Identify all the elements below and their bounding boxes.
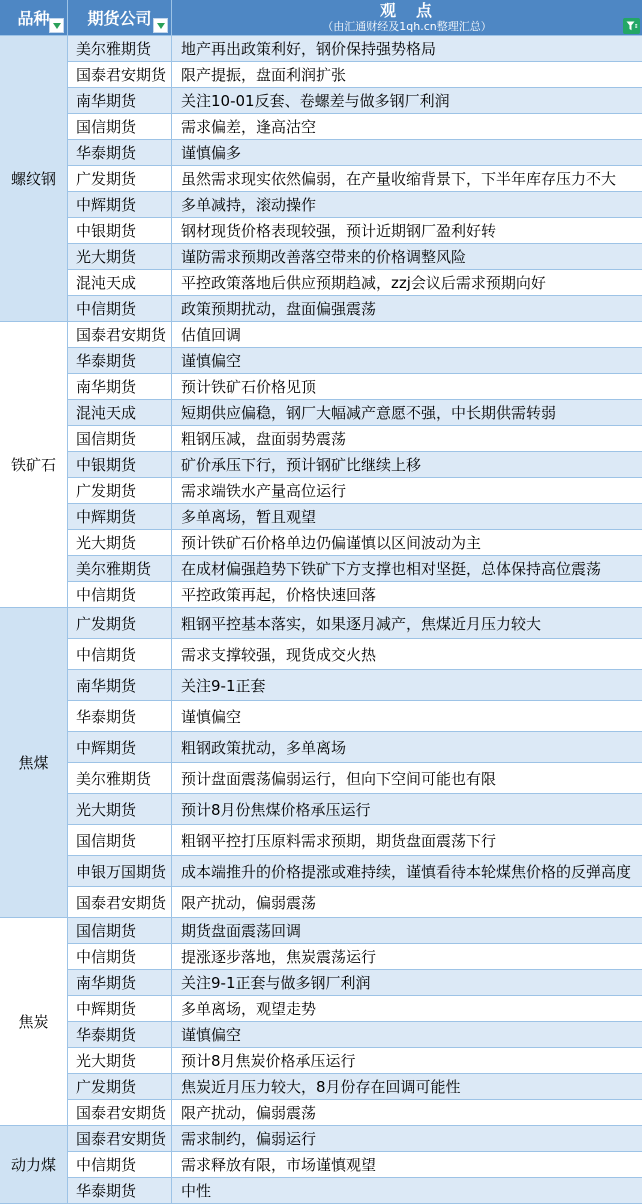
viewpoint-cell[interactable]: 预计铁矿石价格见顶: [172, 374, 642, 399]
company-cell[interactable]: 国信期货: [68, 825, 172, 855]
viewpoint-cell[interactable]: 虽然需求现实依然偏弱，在产量收缩背景下，下半年库存压力不大: [172, 166, 642, 191]
viewpoint-cell[interactable]: 预计盘面震荡偏弱运行，但向下空间可能也有限: [172, 763, 642, 793]
company-cell[interactable]: 国泰君安期货: [68, 62, 172, 87]
company-name: 中信期货: [76, 1154, 136, 1175]
spreadsheet: 品种 期货公司 观 点 （由汇通财经及1qh.cn整理汇总） 螺纹钢美尔雅期货地…: [0, 0, 642, 1204]
filter-funnel-icon[interactable]: [623, 18, 640, 34]
company-name: 国泰君安期货: [76, 1128, 166, 1149]
company-cell[interactable]: 国泰君安期货: [68, 1126, 172, 1151]
viewpoint-cell[interactable]: 需求释放有限，市场谨慎观望: [172, 1152, 642, 1177]
viewpoint-header-subtitle: （由汇通财经及1qh.cn整理汇总）: [322, 21, 491, 33]
company-name: 南华期货: [76, 675, 136, 696]
company-cell[interactable]: 国信期货: [68, 114, 172, 139]
chevron-down-icon: [157, 23, 165, 29]
company-cell[interactable]: 广发期货: [68, 1074, 172, 1099]
variety-header-label: 品种: [17, 6, 49, 29]
company-name: 南华期货: [76, 90, 136, 111]
company-name: 光大期货: [76, 799, 136, 820]
table-row: 国信期货期货盘面震荡回调: [68, 918, 642, 944]
company-name: 华泰期货: [76, 142, 136, 163]
table-row: 国泰君安期货限产扰动，偏弱震荡: [68, 887, 642, 918]
commodity-group: 焦炭国信期货期货盘面震荡回调中信期货提涨逐步落地，焦炭震荡运行南华期货关注9-1…: [0, 918, 642, 1126]
company-name: 国泰君安期货: [76, 1102, 166, 1123]
company-cell[interactable]: 南华期货: [68, 970, 172, 995]
viewpoint-text: 多单离场，观望走势: [181, 998, 316, 1019]
company-name: 中银期货: [76, 454, 136, 475]
table-row: 中银期货矿价承压下行，预计钢矿比继续上移: [68, 452, 642, 478]
company-name: 申银万国期货: [76, 861, 166, 882]
table-row: 光大期货预计8月份焦煤价格承压运行: [68, 794, 642, 825]
company-name: 美尔雅期货: [76, 38, 151, 59]
table-row: 国信期货粗钢平控打压原料需求预期，期货盘面震荡下行: [68, 825, 642, 856]
company-name: 国泰君安期货: [76, 892, 166, 913]
group-rows: 广发期货粗钢平控基本落实，如果逐月减产，焦煤近月压力较大中信期货需求支撑较强，现…: [68, 608, 642, 918]
viewpoint-text: 钢材现货价格表现较强，预计近期钢厂盈利好转: [181, 220, 496, 241]
viewpoint-text: 多单离场，暂且观望: [181, 506, 316, 527]
viewpoint-text: 预计8月份焦煤价格承压运行: [181, 799, 371, 820]
viewpoint-cell[interactable]: 成本端推升的价格提涨或难持续，谨慎看待本轮煤焦价格的反弹高度: [172, 856, 642, 886]
viewpoint-cell[interactable]: 粗钢平控基本落实，如果逐月减产，焦煤近月压力较大: [172, 608, 642, 638]
company-cell[interactable]: 华泰期货: [68, 140, 172, 165]
viewpoint-cell[interactable]: 谨慎偏空: [172, 348, 642, 373]
viewpoint-text: 期货盘面震荡回调: [181, 920, 301, 941]
variety-cell[interactable]: 动力煤: [0, 1126, 68, 1204]
group-rows: 国信期货期货盘面震荡回调中信期货提涨逐步落地，焦炭震荡运行南华期货关注9-1正套…: [68, 918, 642, 1126]
variety-cell[interactable]: 焦炭: [0, 918, 68, 1126]
viewpoint-cell[interactable]: 谨防需求预期改善落空带来的价格调整风险: [172, 244, 642, 269]
company-name: 南华期货: [76, 376, 136, 397]
viewpoint-text: 提涨逐步落地，焦炭震荡运行: [181, 946, 376, 967]
viewpoint-cell[interactable]: 预计8月份焦煤价格承压运行: [172, 794, 642, 824]
company-cell[interactable]: 光大期货: [68, 244, 172, 269]
company-name: 国信期货: [76, 830, 136, 851]
company-name: 混沌天成: [76, 402, 136, 423]
table-row: 中信期货提涨逐步落地，焦炭震荡运行: [68, 944, 642, 970]
table-row: 中信期货平控政策再起，价格快速回落: [68, 582, 642, 608]
table-row: 混沌天成平控政策落地后供应预期趋减，zzj会议后需求预期向好: [68, 270, 642, 296]
viewpoint-cell[interactable]: 地产再出政策利好，钢价保持强势格局: [172, 36, 642, 61]
group-rows: 美尔雅期货地产再出政策利好，钢价保持强势格局国泰君安期货限产提振，盘面利润扩张南…: [68, 36, 642, 322]
viewpoint-text: 粗钢平控打压原料需求预期，期货盘面震荡下行: [181, 830, 496, 851]
company-cell[interactable]: 广发期货: [68, 478, 172, 503]
company-name: 国信期货: [76, 116, 136, 137]
company-cell[interactable]: 广发期货: [68, 166, 172, 191]
company-name: 国泰君安期货: [76, 64, 166, 85]
company-filter-dropdown-button[interactable]: [153, 18, 168, 33]
table-row: 美尔雅期货地产再出政策利好，钢价保持强势格局: [68, 36, 642, 62]
viewpoint-text: 平控政策再起，价格快速回落: [181, 584, 376, 605]
viewpoint-text: 成本端推升的价格提涨或难持续，谨慎看待本轮煤焦价格的反弹高度: [181, 861, 631, 882]
viewpoint-header-title: 观 点: [380, 3, 434, 20]
table-body: 螺纹钢美尔雅期货地产再出政策利好，钢价保持强势格局国泰君安期货限产提振，盘面利润…: [0, 36, 642, 1204]
viewpoint-text: 需求偏差，逢高沽空: [181, 116, 316, 137]
company-name: 华泰期货: [76, 706, 136, 727]
company-cell[interactable]: 美尔雅期货: [68, 763, 172, 793]
viewpoint-text: 中性: [181, 1180, 211, 1201]
variety-cell[interactable]: 焦煤: [0, 608, 68, 918]
company-name: 美尔雅期货: [76, 768, 151, 789]
company-cell[interactable]: 广发期货: [68, 608, 172, 638]
viewpoint-cell[interactable]: 估值回调: [172, 322, 642, 347]
table-row: 中信期货政策预期扰动，盘面偏强震荡: [68, 296, 642, 322]
table-row: 国泰君安期货估值回调: [68, 322, 642, 348]
viewpoint-text: 关注10-01反套、卷螺差与做多钢厂利润: [181, 90, 450, 111]
variety-cell[interactable]: 螺纹钢: [0, 36, 68, 322]
company-cell[interactable]: 中辉期货: [68, 504, 172, 529]
company-name: 中辉期货: [76, 737, 136, 758]
table-row: 华泰期货谨慎偏空: [68, 348, 642, 374]
table-row: 华泰期货谨慎偏多: [68, 140, 642, 166]
company-cell[interactable]: 美尔雅期货: [68, 556, 172, 581]
viewpoint-text: 谨防需求预期改善落空带来的价格调整风险: [181, 246, 466, 267]
viewpoint-cell[interactable]: 提涨逐步落地，焦炭震荡运行: [172, 944, 642, 969]
company-cell[interactable]: 中信期货: [68, 296, 172, 321]
viewpoint-cell[interactable]: 谨慎偏空: [172, 701, 642, 731]
table-header: 品种 期货公司 观 点 （由汇通财经及1qh.cn整理汇总）: [0, 0, 642, 36]
viewpoint-text: 预计盘面震荡偏弱运行，但向下空间可能也有限: [181, 768, 496, 789]
viewpoint-text: 限产提振，盘面利润扩张: [181, 64, 346, 85]
table-row: 广发期货粗钢平控基本落实，如果逐月减产，焦煤近月压力较大: [68, 608, 642, 639]
variety-label: 焦煤: [18, 752, 48, 773]
variety-label: 螺纹钢: [11, 168, 56, 189]
company-name: 中辉期货: [76, 194, 136, 215]
table-row: 美尔雅期货预计盘面震荡偏弱运行，但向下空间可能也有限: [68, 763, 642, 794]
header-cell-viewpoint[interactable]: 观 点 （由汇通财经及1qh.cn整理汇总）: [172, 0, 642, 35]
company-name: 国泰君安期货: [76, 324, 166, 345]
variety-cell[interactable]: 铁矿石: [0, 322, 68, 608]
viewpoint-text: 限产扰动，偏弱震荡: [181, 892, 316, 913]
viewpoint-cell[interactable]: 关注9-1正套: [172, 670, 642, 700]
company-name: 中信期货: [76, 584, 136, 605]
viewpoint-text: 预计铁矿石价格见顶: [181, 376, 316, 397]
viewpoint-cell[interactable]: 粗钢压减，盘面弱势震荡: [172, 426, 642, 451]
viewpoint-text: 需求释放有限，市场谨慎观望: [181, 1154, 376, 1175]
table-row: 南华期货关注10-01反套、卷螺差与做多钢厂利润: [68, 88, 642, 114]
table-row: 光大期货谨防需求预期改善落空带来的价格调整风险: [68, 244, 642, 270]
company-name: 中信期货: [76, 298, 136, 319]
company-cell[interactable]: 中信期货: [68, 639, 172, 669]
commodity-group: 螺纹钢美尔雅期货地产再出政策利好，钢价保持强势格局国泰君安期货限产提振，盘面利润…: [0, 36, 642, 322]
table-row: 南华期货预计铁矿石价格见顶: [68, 374, 642, 400]
viewpoint-cell[interactable]: 关注10-01反套、卷螺差与做多钢厂利润: [172, 88, 642, 113]
company-name: 南华期货: [76, 972, 136, 993]
viewpoint-cell[interactable]: 多单离场，暂且观望: [172, 504, 642, 529]
viewpoint-text: 需求制约，偏弱运行: [181, 1128, 316, 1149]
viewpoint-cell[interactable]: 矿价承压下行，预计钢矿比继续上移: [172, 452, 642, 477]
table-row: 华泰期货中性: [68, 1178, 642, 1204]
commodity-group: 铁矿石国泰君安期货估值回调华泰期货谨慎偏空南华期货预计铁矿石价格见顶混沌天成短期…: [0, 322, 642, 608]
viewpoint-cell[interactable]: 期货盘面震荡回调: [172, 918, 642, 943]
viewpoint-cell[interactable]: 粗钢平控打压原料需求预期，期货盘面震荡下行: [172, 825, 642, 855]
viewpoint-cell[interactable]: 限产扰动，偏弱震荡: [172, 1100, 642, 1125]
company-cell[interactable]: 国泰君安期货: [68, 322, 172, 347]
company-name: 中辉期货: [76, 998, 136, 1019]
viewpoint-text: 矿价承压下行，预计钢矿比继续上移: [181, 454, 421, 475]
viewpoint-cell[interactable]: 预计8月焦炭价格承压运行: [172, 1048, 642, 1073]
commodity-group: 焦煤广发期货粗钢平控基本落实，如果逐月减产，焦煤近月压力较大中信期货需求支撑较强…: [0, 608, 642, 918]
company-name: 光大期货: [76, 246, 136, 267]
viewpoint-text: 粗钢压减，盘面弱势震荡: [181, 428, 346, 449]
funnel-glyph: [625, 20, 638, 33]
viewpoint-text: 短期供应偏稳，钢厂大幅减产意愿不强，中长期供需转弱: [181, 402, 556, 423]
company-cell[interactable]: 南华期货: [68, 670, 172, 700]
company-name: 广发期货: [76, 480, 136, 501]
company-name: 中信期货: [76, 946, 136, 967]
table-row: 申银万国期货成本端推升的价格提涨或难持续，谨慎看待本轮煤焦价格的反弹高度: [68, 856, 642, 887]
company-cell[interactable]: 中信期货: [68, 1152, 172, 1177]
table-row: 中信期货需求支撑较强，现货成交火热: [68, 639, 642, 670]
viewpoint-text: 谨慎偏空: [181, 706, 241, 727]
viewpoint-cell[interactable]: 粗钢政策扰动，多单离场: [172, 732, 642, 762]
viewpoint-cell[interactable]: 需求制约，偏弱运行: [172, 1126, 642, 1151]
table-row: 国泰君安期货需求制约，偏弱运行: [68, 1126, 642, 1152]
viewpoint-cell[interactable]: 中性: [172, 1178, 642, 1203]
viewpoint-cell[interactable]: 焦炭近月压力较大，8月份存在回调可能性: [172, 1074, 642, 1099]
group-rows: 国泰君安期货估值回调华泰期货谨慎偏空南华期货预计铁矿石价格见顶混沌天成短期供应偏…: [68, 322, 642, 608]
table-row: 国信期货需求偏差，逢高沽空: [68, 114, 642, 140]
viewpoint-cell[interactable]: 政策预期扰动，盘面偏强震荡: [172, 296, 642, 321]
company-name: 国信期货: [76, 428, 136, 449]
table-row: 国泰君安期货限产扰动，偏弱震荡: [68, 1100, 642, 1126]
viewpoint-text: 虽然需求现实依然偏弱，在产量收缩背景下，下半年库存压力不大: [181, 168, 616, 189]
company-cell[interactable]: 中信期货: [68, 582, 172, 607]
table-row: 美尔雅期货在成材偏强趋势下铁矿下方支撑也相对坚挺，总体保持高位震荡: [68, 556, 642, 582]
company-cell[interactable]: 美尔雅期货: [68, 36, 172, 61]
viewpoint-text: 政策预期扰动，盘面偏强震荡: [181, 298, 376, 319]
viewpoint-text: 多单减持，滚动操作: [181, 194, 316, 215]
viewpoint-text: 预计铁矿石价格单边仍偏谨慎以区间波动为主: [181, 532, 481, 553]
company-cell[interactable]: 华泰期货: [68, 1178, 172, 1203]
group-rows: 国泰君安期货需求制约，偏弱运行中信期货需求释放有限，市场谨慎观望华泰期货中性: [68, 1126, 642, 1204]
viewpoint-text: 在成材偏强趋势下铁矿下方支撑也相对坚挺，总体保持高位震荡: [181, 558, 601, 579]
viewpoint-cell[interactable]: 预计铁矿石价格单边仍偏谨慎以区间波动为主: [172, 530, 642, 555]
viewpoint-cell[interactable]: 短期供应偏稳，钢厂大幅减产意愿不强，中长期供需转弱: [172, 400, 642, 425]
viewpoint-cell[interactable]: 关注9-1正套与做多钢厂利润: [172, 970, 642, 995]
viewpoint-text: 谨慎偏多: [181, 142, 241, 163]
viewpoint-text: 粗钢政策扰动，多单离场: [181, 737, 346, 758]
viewpoint-text: 限产扰动，偏弱震荡: [181, 1102, 316, 1123]
company-name: 国信期货: [76, 920, 136, 941]
company-name: 美尔雅期货: [76, 558, 151, 579]
viewpoint-text: 估值回调: [181, 324, 241, 345]
chevron-down-icon: [53, 23, 61, 29]
company-name: 广发期货: [76, 613, 136, 634]
table-row: 中辉期货多单离场，暂且观望: [68, 504, 642, 530]
company-cell[interactable]: 中辉期货: [68, 732, 172, 762]
viewpoint-text: 粗钢平控基本落实，如果逐月减产，焦煤近月压力较大: [181, 613, 541, 634]
table-row: 广发期货虽然需求现实依然偏弱，在产量收缩背景下，下半年库存压力不大: [68, 166, 642, 192]
table-row: 中辉期货多单离场，观望走势: [68, 996, 642, 1022]
variety-label: 铁矿石: [11, 454, 56, 475]
table-row: 中辉期货粗钢政策扰动，多单离场: [68, 732, 642, 763]
table-row: 光大期货预计铁矿石价格单边仍偏谨慎以区间波动为主: [68, 530, 642, 556]
company-cell[interactable]: 华泰期货: [68, 701, 172, 731]
company-name: 广发期货: [76, 168, 136, 189]
viewpoint-cell[interactable]: 谨慎偏多: [172, 140, 642, 165]
variety-label: 焦炭: [18, 1011, 48, 1032]
table-row: 中银期货钢材现货价格表现较强，预计近期钢厂盈利好转: [68, 218, 642, 244]
company-name: 华泰期货: [76, 1024, 136, 1045]
company-cell[interactable]: 申银万国期货: [68, 856, 172, 886]
company-cell[interactable]: 混沌天成: [68, 400, 172, 425]
viewpoint-text: 需求端铁水产量高位运行: [181, 480, 346, 501]
viewpoint-cell[interactable]: 限产提振，盘面利润扩张: [172, 62, 642, 87]
company-name: 华泰期货: [76, 1180, 136, 1201]
table-row: 中信期货需求释放有限，市场谨慎观望: [68, 1152, 642, 1178]
table-row: 南华期货关注9-1正套: [68, 670, 642, 701]
company-name: 华泰期货: [76, 350, 136, 371]
company-name: 光大期货: [76, 532, 136, 553]
company-cell[interactable]: 国泰君安期货: [68, 1100, 172, 1125]
company-name: 广发期货: [76, 1076, 136, 1097]
table-row: 南华期货关注9-1正套与做多钢厂利润: [68, 970, 642, 996]
table-row: 中辉期货多单减持，滚动操作: [68, 192, 642, 218]
viewpoint-cell[interactable]: 谨慎偏空: [172, 1022, 642, 1047]
table-row: 广发期货焦炭近月压力较大，8月份存在回调可能性: [68, 1074, 642, 1100]
company-cell[interactable]: 光大期货: [68, 530, 172, 555]
viewpoint-cell[interactable]: 需求端铁水产量高位运行: [172, 478, 642, 503]
company-name: 中银期货: [76, 220, 136, 241]
viewpoint-text: 预计8月焦炭价格承压运行: [181, 1050, 356, 1071]
viewpoint-cell[interactable]: 平控政策落地后供应预期趋减，zzj会议后需求预期向好: [172, 270, 642, 295]
company-cell[interactable]: 中辉期货: [68, 192, 172, 217]
header-cell-company[interactable]: 期货公司: [68, 0, 172, 35]
variety-filter-dropdown-button[interactable]: [49, 18, 64, 33]
viewpoint-cell[interactable]: 平控政策再起，价格快速回落: [172, 582, 642, 607]
table-row: 华泰期货谨慎偏空: [68, 1022, 642, 1048]
company-cell[interactable]: 南华期货: [68, 88, 172, 113]
company-name: 中辉期货: [76, 506, 136, 527]
table-row: 光大期货预计8月焦炭价格承压运行: [68, 1048, 642, 1074]
company-header-label: 期货公司: [87, 6, 151, 29]
company-cell[interactable]: 华泰期货: [68, 1022, 172, 1047]
company-cell[interactable]: 光大期货: [68, 794, 172, 824]
viewpoint-text: 地产再出政策利好，钢价保持强势格局: [181, 38, 436, 59]
viewpoint-cell[interactable]: 多单离场，观望走势: [172, 996, 642, 1021]
viewpoint-text: 关注9-1正套: [181, 675, 266, 696]
company-cell[interactable]: 中银期货: [68, 218, 172, 243]
table-row: 国泰君安期货限产提振，盘面利润扩张: [68, 62, 642, 88]
viewpoint-cell[interactable]: 需求支撑较强，现货成交火热: [172, 639, 642, 669]
company-cell[interactable]: 中银期货: [68, 452, 172, 477]
viewpoint-cell[interactable]: 需求偏差，逢高沽空: [172, 114, 642, 139]
company-name: 中信期货: [76, 644, 136, 665]
viewpoint-text: 焦炭近月压力较大，8月份存在回调可能性: [181, 1076, 461, 1097]
viewpoint-cell[interactable]: 多单减持，滚动操作: [172, 192, 642, 217]
company-cell[interactable]: 国信期货: [68, 918, 172, 943]
viewpoint-text: 需求支撑较强，现货成交火热: [181, 644, 376, 665]
viewpoint-text: 平控政策落地后供应预期趋减，zzj会议后需求预期向好: [181, 272, 546, 293]
table-row: 国信期货粗钢压减，盘面弱势震荡: [68, 426, 642, 452]
company-name: 混沌天成: [76, 272, 136, 293]
company-cell[interactable]: 中辉期货: [68, 996, 172, 1021]
company-cell[interactable]: 南华期货: [68, 374, 172, 399]
table-row: 广发期货需求端铁水产量高位运行: [68, 478, 642, 504]
viewpoint-text: 谨慎偏空: [181, 1024, 241, 1045]
variety-label: 动力煤: [11, 1154, 56, 1175]
company-name: 光大期货: [76, 1050, 136, 1071]
company-cell[interactable]: 混沌天成: [68, 270, 172, 295]
viewpoint-cell[interactable]: 钢材现货价格表现较强，预计近期钢厂盈利好转: [172, 218, 642, 243]
commodity-group: 动力煤国泰君安期货需求制约，偏弱运行中信期货需求释放有限，市场谨慎观望华泰期货中…: [0, 1126, 642, 1204]
viewpoint-cell[interactable]: 在成材偏强趋势下铁矿下方支撑也相对坚挺，总体保持高位震荡: [172, 556, 642, 581]
company-cell[interactable]: 中信期货: [68, 944, 172, 969]
company-cell[interactable]: 华泰期货: [68, 348, 172, 373]
viewpoint-text: 关注9-1正套与做多钢厂利润: [181, 972, 371, 993]
table-row: 混沌天成短期供应偏稳，钢厂大幅减产意愿不强，中长期供需转弱: [68, 400, 642, 426]
table-row: 华泰期货谨慎偏空: [68, 701, 642, 732]
viewpoint-cell[interactable]: 限产扰动，偏弱震荡: [172, 887, 642, 917]
company-cell[interactable]: 光大期货: [68, 1048, 172, 1073]
header-cell-variety[interactable]: 品种: [0, 0, 68, 35]
company-cell[interactable]: 国信期货: [68, 426, 172, 451]
viewpoint-text: 谨慎偏空: [181, 350, 241, 371]
company-cell[interactable]: 国泰君安期货: [68, 887, 172, 917]
